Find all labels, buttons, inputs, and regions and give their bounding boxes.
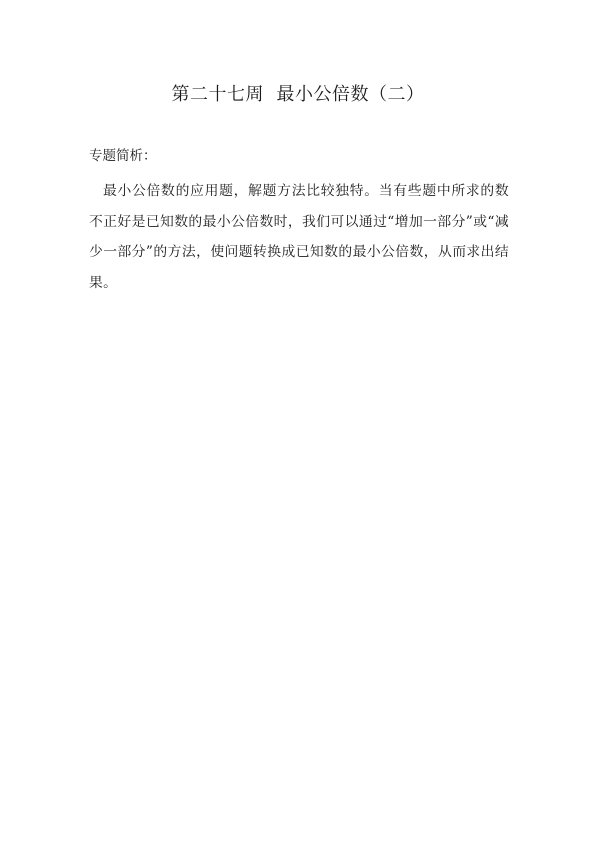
body-paragraph: 最小公倍数的应用题，解题方法比较独特。当有些题中所求的数不正好是已知数的最小公倍… <box>89 176 509 298</box>
page-title: 第二十七周 最小公倍数（二） <box>0 83 596 107</box>
section-label: 专题简析： <box>89 146 157 166</box>
document-page: 第二十七周 最小公倍数（二） 专题简析： 最小公倍数的应用题，解题方法比较独特。… <box>0 0 596 842</box>
